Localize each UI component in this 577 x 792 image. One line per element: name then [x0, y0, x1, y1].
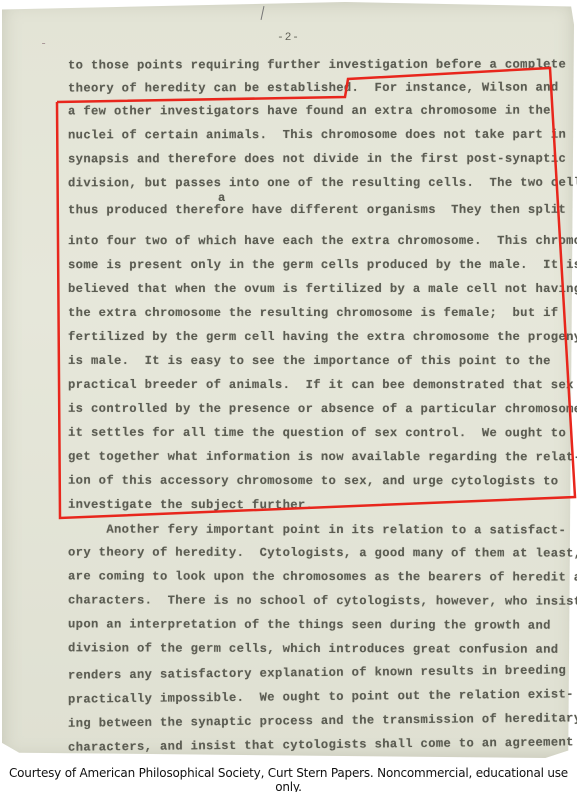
- text-line: the extra chromosome the resulting chrom…: [68, 306, 558, 320]
- text-line: investigate the subject further.: [68, 498, 313, 512]
- text-line: Another fery important point in its rela…: [68, 523, 566, 538]
- text-line: characters. There is no school of cytolo…: [68, 593, 577, 608]
- image-credit-caption: Courtesy of American Philosophical Socie…: [0, 766, 577, 792]
- text-line: some is present only in the germ cells p…: [68, 258, 577, 272]
- text-line: believed that when the ovum is fertilize…: [68, 282, 577, 296]
- text-line: is male. It is easy to see the importanc…: [68, 354, 551, 368]
- text-line: are coming to look upon the chromosomes …: [68, 569, 577, 584]
- text-line: theory of heredity can be established. F…: [68, 81, 559, 96]
- text-line: thus produced therefore have different o…: [68, 203, 566, 217]
- text-line: ion of this accessory chromosome to sex,…: [68, 474, 559, 489]
- text-line: a few other investigators have found an …: [68, 104, 551, 119]
- text-line: division, but passes into one of the res…: [68, 176, 577, 191]
- text-line: synapsis and therefore does not divide i…: [68, 152, 566, 167]
- page-number: -2-: [0, 32, 577, 44]
- text-line: nuclei of certain animals. This chromoso…: [68, 128, 566, 143]
- text-line: it settles for all time the question of …: [68, 426, 566, 441]
- text-line: fertilized by the germ cell having the e…: [68, 330, 577, 344]
- text-line: get together what information is now ava…: [68, 450, 577, 465]
- text-line: practical breeder of animals. If it can …: [68, 378, 574, 392]
- text-line: ory theory of heredity. Cytologists, a g…: [68, 545, 577, 560]
- text-line: to those points requiring further invest…: [68, 57, 566, 72]
- inserted-letter: a: [218, 191, 226, 205]
- text-line: is controlled by the presence or absence…: [68, 402, 577, 416]
- text-line: division of the germ cells, which introd…: [68, 641, 559, 656]
- text-line: upon an interpretation of the things see…: [68, 617, 551, 632]
- text-line: into four two of which have each the ext…: [68, 234, 577, 248]
